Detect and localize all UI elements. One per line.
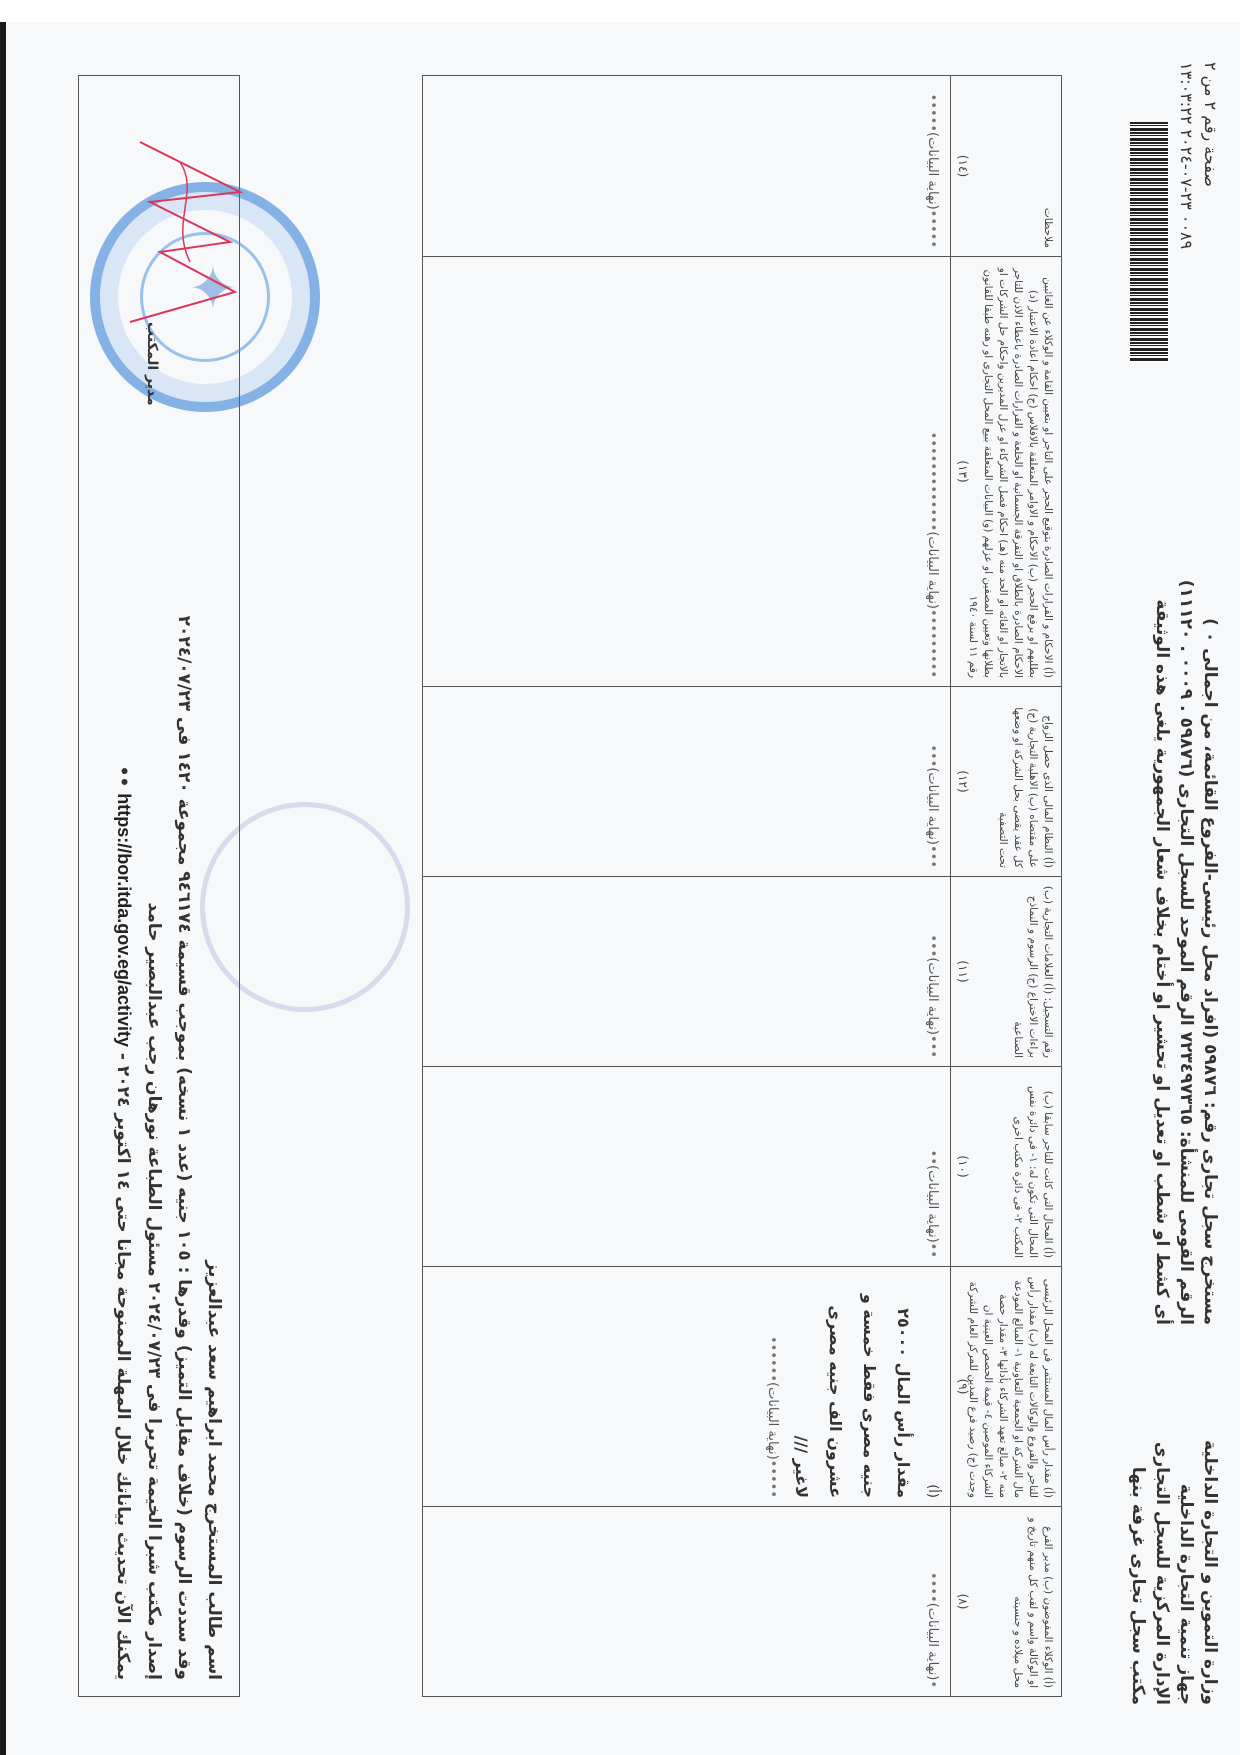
end-of-data-mark: •••(نهاية البيانات)••• [925, 744, 940, 868]
ministry-line: الإدارة المركزية للسجل التجارى [1150, 1345, 1174, 1705]
end-of-data-mark: •(نهاية البيانات)•••• [925, 1572, 940, 1688]
bullet-icon: •• [113, 766, 133, 788]
table-column-notes: ملاحظات (١٤) •••••(نهاية البيانات)••••• [423, 76, 1061, 256]
register-table: (أ) الوكلاء المفوضون (ب) مدير الفرع او ا… [422, 75, 1062, 1697]
column-header: ملاحظات (١٤) [951, 76, 1061, 256]
column-body: ••(نهاية البيانات)•• [423, 1067, 951, 1266]
end-of-data-mark: •••••(نهاية البيانات)••••• [925, 94, 940, 248]
ministry-line: وزارة التموين و التجارة الداخلية [1198, 1345, 1222, 1705]
column-number: (١٣) [955, 257, 970, 686]
table-column: (أ) المحال التى كانت للتاجر سابقا (ب) ال… [423, 1066, 1061, 1266]
column-number: (١٠) [955, 1067, 970, 1266]
column-number: (١٢) [955, 687, 970, 876]
column-body: •••(نهاية البيانات)••• [423, 687, 951, 876]
ministry-line: جهاز تنمية التجارة الداخلية [1174, 1345, 1198, 1705]
end-of-data-mark: •••••(نهاية البيانات)•••••• [765, 1336, 780, 1498]
table-column: رقم التسجيل: (أ) العلامات التجارية (ب) ب… [423, 876, 1061, 1066]
print-timestamp: ٠٠٨٩ ٢٣-٠٧-٢٠٢٤ ١٣:٠٣:٢٢ [1174, 62, 1198, 362]
column-header: (أ) مقدار رأس المال المستثمر فى المحل ال… [951, 1267, 1061, 1506]
column-body: •(نهاية البيانات)•••• [423, 1507, 951, 1696]
table-column: (أ) الوكلاء المفوضون (ب) مدير الفرع او ا… [423, 1506, 1061, 1696]
table-column-capital: (أ) مقدار رأس المال المستثمر فى المحل ال… [423, 1266, 1061, 1506]
scan-top-margin [0, 0, 1240, 22]
column-number: (٩) [955, 1267, 970, 1506]
page-number: صفحة رقم ٢ من ٢ [1198, 62, 1222, 362]
activity-url-link[interactable]: https://bor.itda.gov.eg/activity [114, 793, 134, 1047]
signatory-label: مدير المكتب [144, 322, 160, 406]
column-body: (أ) مقدار رأس المال ٢٥٠٠٠ جنيه مصرى فقط … [423, 1267, 951, 1506]
table-column: (أ) النظام المالى الذى حصل الزواج على مق… [423, 686, 1061, 876]
page-info: صفحة رقم ٢ من ٢ ٠٠٨٩ ٢٣-٠٧-٢٠٢٤ ١٣:٠٣:٢٢ [1130, 62, 1222, 362]
column-number: (١١) [955, 877, 970, 1066]
column-header: (أ) الاحكام و القرارات الصادرة بتوقيع ال… [951, 257, 1061, 686]
column-header: (أ) النظام المالى الذى حصل الزواج على مق… [951, 687, 1061, 876]
column-header: رقم التسجيل: (أ) العلامات التجارية (ب) ب… [951, 877, 1061, 1066]
column-header: (أ) المحال التى كانت للتاجر سابقا (ب) ال… [951, 1067, 1061, 1266]
document-page: وزارة التموين و التجارة الداخلية جهاز تن… [6, 22, 1240, 1755]
capital-amount: مقدار رأس المال ٢٥٠٠٠ جنيه مصرى فقط خمسة… [784, 1275, 920, 1498]
table-column: (أ) الاحكام و القرارات الصادرة بتوقيع ال… [423, 256, 1061, 686]
column-body: •••••(نهاية البيانات)••••• [423, 76, 951, 256]
capital-label: (أ) [920, 1275, 944, 1498]
extract-line-warning: أى كشط او شطب او تعديل او تحشير او أختام… [1150, 445, 1174, 1325]
extract-line-national-id: الرقم القومى للمنشأة: ٧٢٣٤٩٧٣٦٥ الرقم ال… [1174, 445, 1198, 1325]
extract-line-registration: مستخرج سجل تجارى رقم: ٥٩٨٧٦ (افراد محل ر… [1198, 445, 1222, 1325]
column-number: (١٤) [955, 76, 970, 256]
column-body: •••••••••(نهاية البيانات)••••••••••••• [423, 257, 951, 686]
column-header: (أ) الوكلاء المفوضون (ب) مدير الفرع او ا… [951, 1507, 1061, 1696]
column-number: (٨) [955, 1507, 970, 1696]
end-of-data-mark: •••(نهاية البيانات)••• [925, 934, 940, 1058]
ministry-line: مكتب سجل تجارى غرفة بنها [1126, 1345, 1150, 1705]
signature [120, 132, 260, 332]
extract-header: مستخرج سجل تجارى رقم: ٥٩٨٧٦ (افراد محل ر… [1150, 445, 1222, 1325]
ministry-header: وزارة التموين و التجارة الداخلية جهاز تن… [1126, 1345, 1222, 1705]
end-of-data-mark: ••(نهاية البيانات)•• [925, 1150, 940, 1258]
document-paper: وزارة التموين و التجارة الداخلية جهاز تن… [6, 22, 1240, 1755]
barcode [1130, 122, 1168, 362]
end-of-data-mark: •••••••••(نهاية البيانات)••••••••••••• [925, 432, 940, 678]
column-body: •••(نهاية البيانات)••• [423, 877, 951, 1066]
